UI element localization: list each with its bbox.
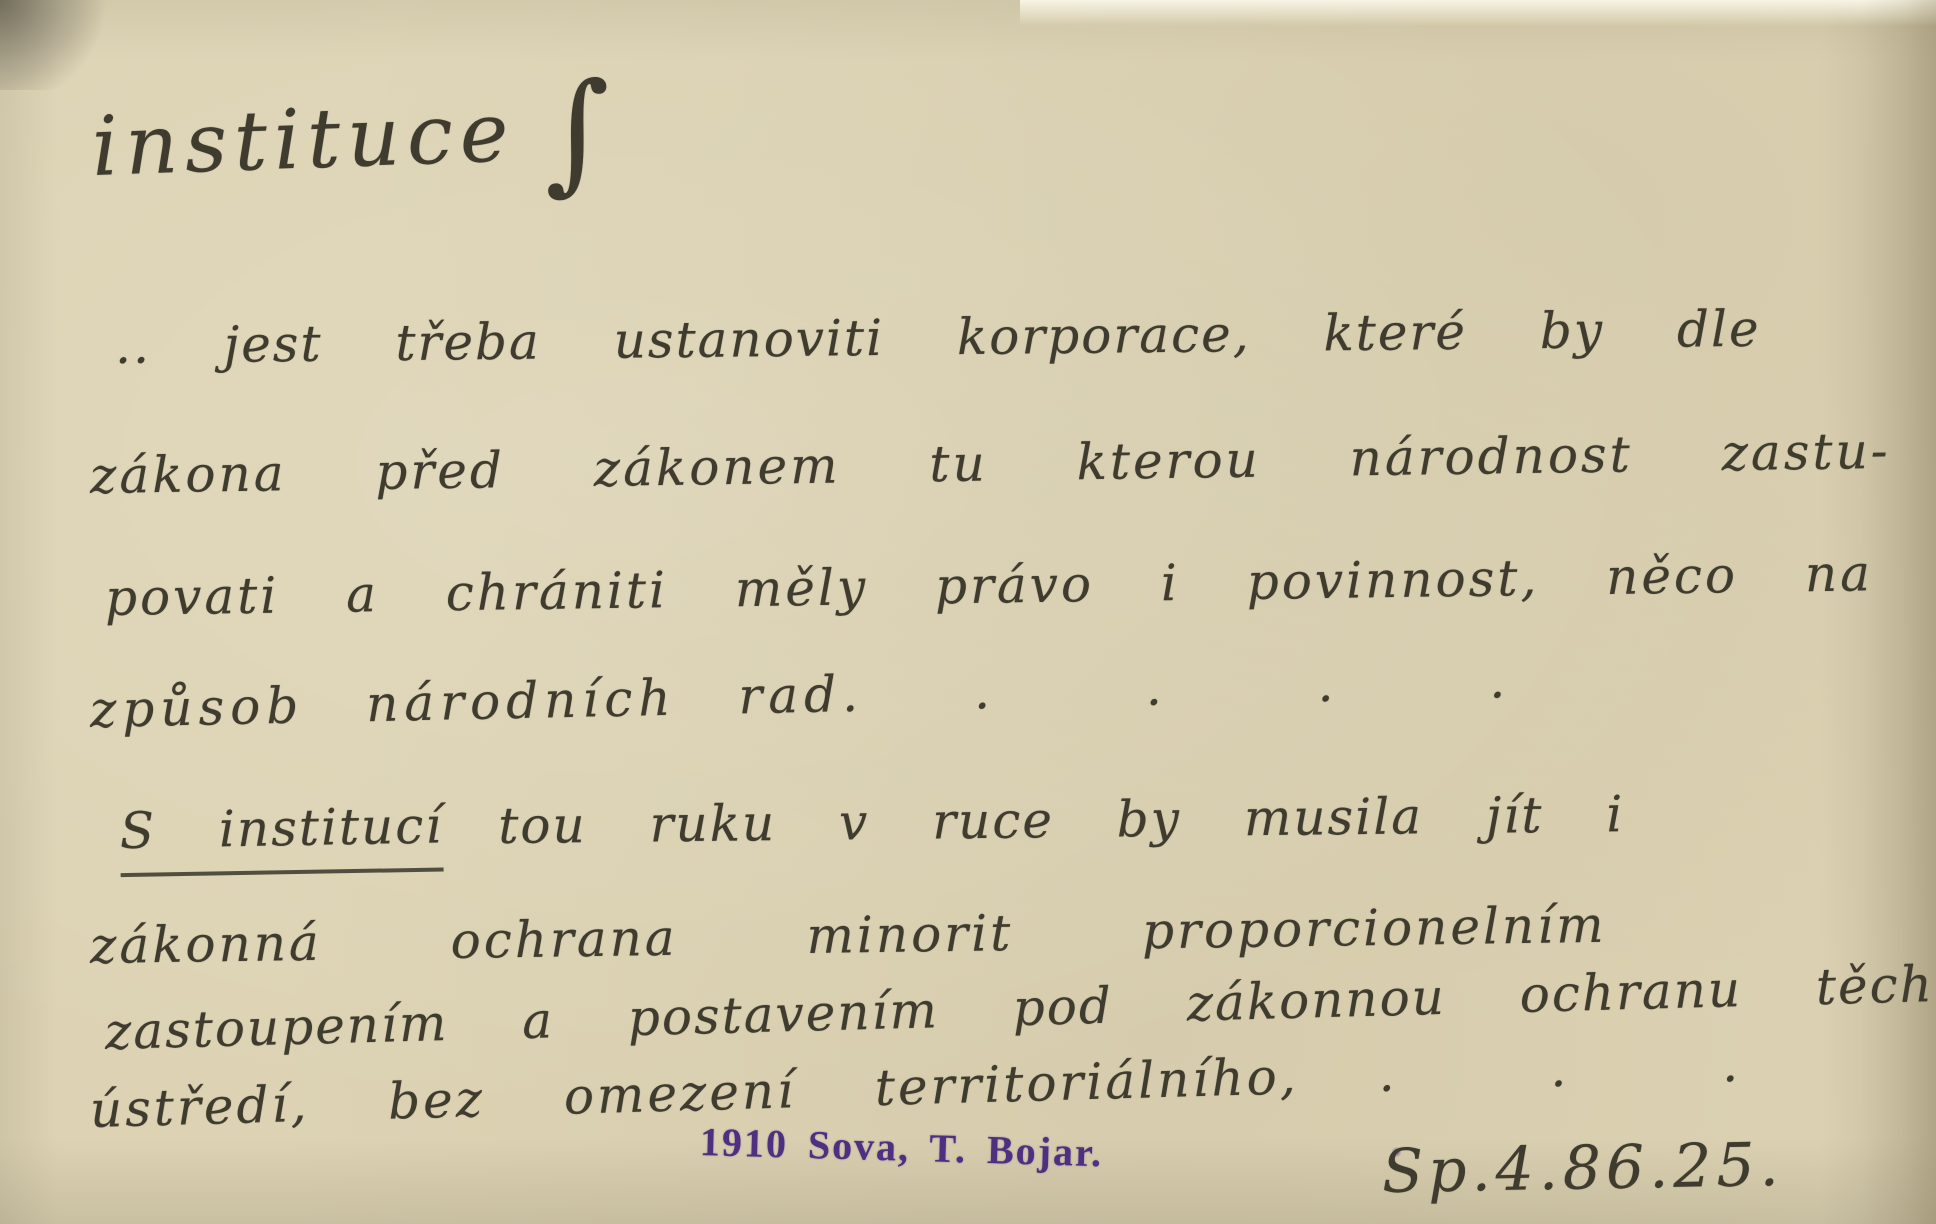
line-8-text: ústředí, bez omezení territoriálního, (89, 1047, 1299, 1139)
handwritten-line-4: způsob národních rad.. . . . (89, 651, 1555, 739)
shelfmark-notation: Sp.4.86.25. (1381, 1131, 1784, 1207)
ellipsis-dots: . . . . (973, 650, 1555, 720)
handwritten-line-3: povati a chrániti měly právo i povinnost… (105, 545, 1874, 627)
underlined-phrase: S institucí (119, 797, 444, 876)
line-4-text: způsob národních rad. (89, 665, 864, 739)
ellipsis-dots: . . . (1378, 1034, 1779, 1103)
card-right-edge-shading (1862, 0, 1936, 1224)
card-top-edge (1020, 0, 1936, 26)
header-keyword: instituce (90, 85, 517, 195)
date-owner-stamp: 1910 Sova, T. Bojar. (699, 1118, 1103, 1176)
handwritten-line-5: S institucítou ruku v ruce by musila jít… (120, 786, 1625, 875)
line-5-rest: tou ruku v ruce by musila jít i (498, 785, 1625, 855)
handwritten-note-card: instituce∫ .. jest třeba ustanoviti korp… (0, 0, 1936, 1224)
header-flourish-mark: ∫ (541, 54, 614, 208)
handwritten-line-6: zákonná ochrana minorit proporcionelním (90, 897, 1607, 976)
header-annotation: instituce∫ (89, 56, 613, 224)
handwritten-line-1: .. jest třeba ustanoviti korporace, kter… (115, 301, 1761, 376)
handwritten-line-2: zákona před zákonem tu kterou národnost … (90, 423, 1891, 506)
